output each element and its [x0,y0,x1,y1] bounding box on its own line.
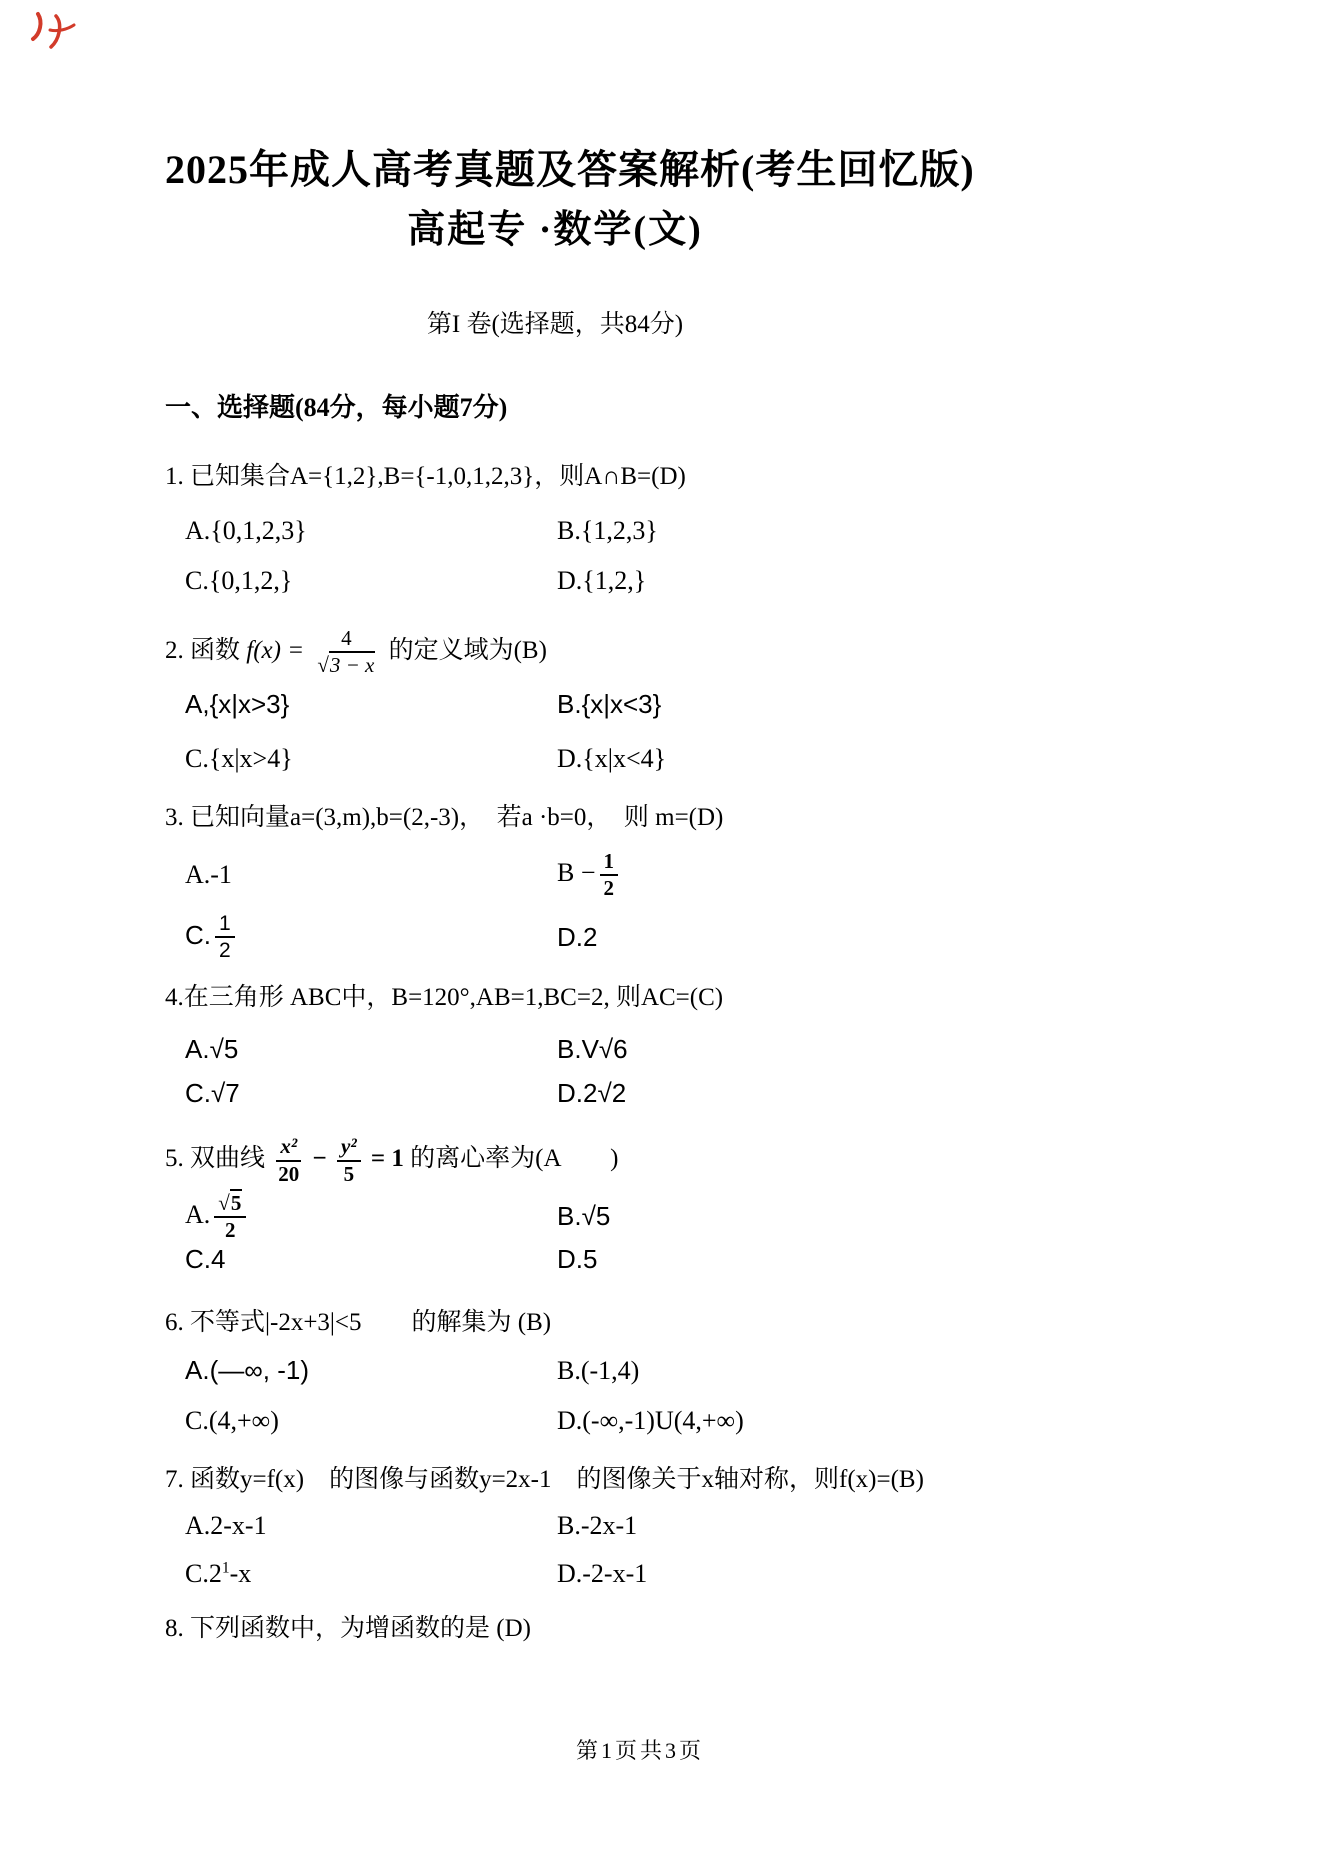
question-2-options-row-1: A,{x|x>3} B.{x|x<3} [185,688,1203,722]
question-1-option-c: C.{0,1,2,} [185,564,557,598]
option-tail: -x [230,1559,252,1588]
question-3-option-c: C.12 [185,911,557,963]
question-6-option-c: C.(4,+∞) [185,1404,557,1438]
question-2-function: f(x) = [246,637,304,664]
question-2-option-b: B.{x|x<3} [557,688,1203,722]
fraction: √52 [214,1191,246,1243]
fraction-numerator: 1 [600,849,619,876]
exam-subtitle: 高起专 ·数学(文) [165,208,945,254]
question-5-option-a: A.√52 [185,1191,557,1243]
question-6-text: 6. 不等式|-2x+3|<5 的解集为 (B) [165,1307,1203,1338]
document-page: 2025年成人高考真题及答案解析(考生回忆版) 高起专 ·数学(文) 第I 卷(… [0,0,1323,1871]
radical-sign: √ [218,1191,230,1215]
part-heading: 一、选择题(84分，每小题7分) [165,392,1203,423]
question-4-option-c: C.√7 [185,1077,557,1111]
radicand: 5 [230,1189,243,1215]
question-3-option-d: D.2 [557,921,1203,955]
fraction: 4 √3 − x [314,626,378,678]
question-6-option-b: B.(-1,4) [557,1354,1203,1388]
fraction: 12 [215,911,235,963]
fraction-denominator: 2 [222,1218,239,1243]
fraction-numerator: √5 [214,1191,246,1218]
question-6-options-row-1: A.(—∞, -1) B.(-1,4) [185,1354,1203,1388]
question-3-text: 3. 已知向量a=(3,m),b=(2,-3)， 若a ·b=0， 则 m=(D… [165,802,1203,833]
question-2-option-a: A,{x|x>3} [185,688,557,722]
question-5-prefix: 5. 双曲线 [165,1145,265,1172]
question-5-options-row-2: C.4 D.5 [185,1243,1203,1277]
question-4-option-b: B.V√6 [557,1033,1203,1067]
fraction-denominator: 2 [216,938,234,963]
radical-sign: √ [317,653,329,677]
question-5-option-b: B.√5 [557,1200,1203,1234]
option-label: C. [185,920,211,950]
fraction-numerator: 4 [337,626,356,653]
question-4-options-row-2: C.√7 D.2√2 [185,1077,1203,1111]
question-5-option-c: C.4 [185,1243,557,1277]
question-2-options-row-2: C.{x|x>4} D.{x|x<4} [185,742,1203,776]
fraction-numerator: x² [276,1134,301,1161]
question-5-option-d: D.5 [557,1243,1203,1277]
fraction: 12 [600,849,619,901]
equals-one: = 1 [371,1145,404,1172]
radicand: 3 − x [329,651,376,677]
question-5-suffix: 的离心率为(A ) [410,1145,618,1172]
question-2-option-d: D.{x|x<4} [557,742,1203,776]
question-6-option-a: A.(—∞, -1) [185,1354,557,1388]
question-5-options-row-1: A.√52 B.√5 [185,1191,1203,1243]
question-5-text: 5. 双曲线 x²20 − y²5 = 1 的离心率为(A ) [165,1134,1203,1186]
fraction-denominator: 20 [275,1162,302,1187]
option-label: B − [557,858,596,887]
minus-sign: − [313,1145,327,1172]
question-4-option-d: D.2√2 [557,1077,1203,1111]
question-2-suffix: 的定义域为(B) [389,637,547,664]
corner-stamp-icon [28,6,80,64]
question-1-options-row-2: C.{0,1,2,} D.{1,2,} [185,564,1203,598]
page-number: 第1页共3页 [0,1734,1280,1765]
question-4-options-row-1: A.√5 B.V√6 [185,1033,1203,1067]
header-block: 2025年成人高考真题及答案解析(考生回忆版) 高起专 ·数学(文) 第I 卷(… [165,146,945,340]
option-label: C.2 [185,1559,222,1588]
question-1-options-row-1: A.{0,1,2,3} B.{1,2,3} [185,514,1203,548]
question-1-text: 1. 已知集合A={1,2},B={-1,0,1,2,3}，则A∩B=(D) [165,461,1203,492]
question-3-options-row-2: C.12 D.2 [185,911,1203,963]
exam-title: 2025年成人高考真题及答案解析(考生回忆版) [165,146,945,194]
question-1-option-a: A.{0,1,2,3} [185,514,557,548]
fraction-numerator: 1 [215,911,235,938]
question-4-text: 4.在三角形 ABC中，B=120°,AB=1,BC=2, 则AC=(C) [165,982,1203,1013]
question-3-options-row-1: A.-1 B −12 [185,849,1203,901]
question-2-option-c: C.{x|x>4} [185,742,557,776]
question-7-options-row-2: C.21-x D.-2-x-1 [185,1557,1203,1591]
fraction-denominator: √3 − x [314,653,378,678]
question-4-option-a: A.√5 [185,1033,557,1067]
question-7-options-row-1: A.2-x-1 B.-2x-1 [185,1509,1203,1543]
question-7-option-b: B.-2x-1 [557,1509,1203,1543]
section-heading: 第I 卷(选择题，共84分) [165,310,945,340]
fraction-denominator: 2 [601,876,618,901]
fraction: x²20 [275,1134,302,1186]
fraction-denominator: 5 [341,1162,358,1187]
question-8-text: 8. 下列函数中，为增函数的是 (D) [165,1613,1203,1644]
exponent: 1 [222,1559,230,1576]
option-label: A. [185,1200,210,1229]
question-6-option-d: D.(-∞,-1)U(4,+∞) [557,1404,1203,1438]
question-2-prefix: 2. 函数 [165,637,240,664]
question-7-option-d: D.-2-x-1 [557,1557,1203,1591]
fraction: y²5 [337,1134,361,1186]
question-7-text: 7. 函数y=f(x) 的图像与函数y=2x-1 的图像关于x轴对称，则f(x)… [165,1464,1203,1495]
question-3-option-b: B −12 [557,849,1203,901]
fraction-numerator: y² [337,1134,361,1161]
document-content: 2025年成人高考真题及答案解析(考生回忆版) 高起专 ·数学(文) 第I 卷(… [0,0,1323,1644]
question-3-option-a: A.-1 [185,858,557,892]
question-1-option-b: B.{1,2,3} [557,514,1203,548]
question-1-option-d: D.{1,2,} [557,564,1203,598]
question-7-option-c: C.21-x [185,1557,557,1591]
question-7-option-a: A.2-x-1 [185,1509,557,1543]
question-6-options-row-2: C.(4,+∞) D.(-∞,-1)U(4,+∞) [185,1404,1203,1438]
question-2-text: 2. 函数 f(x) = 4 √3 − x 的定义域为(B) [165,626,1203,678]
